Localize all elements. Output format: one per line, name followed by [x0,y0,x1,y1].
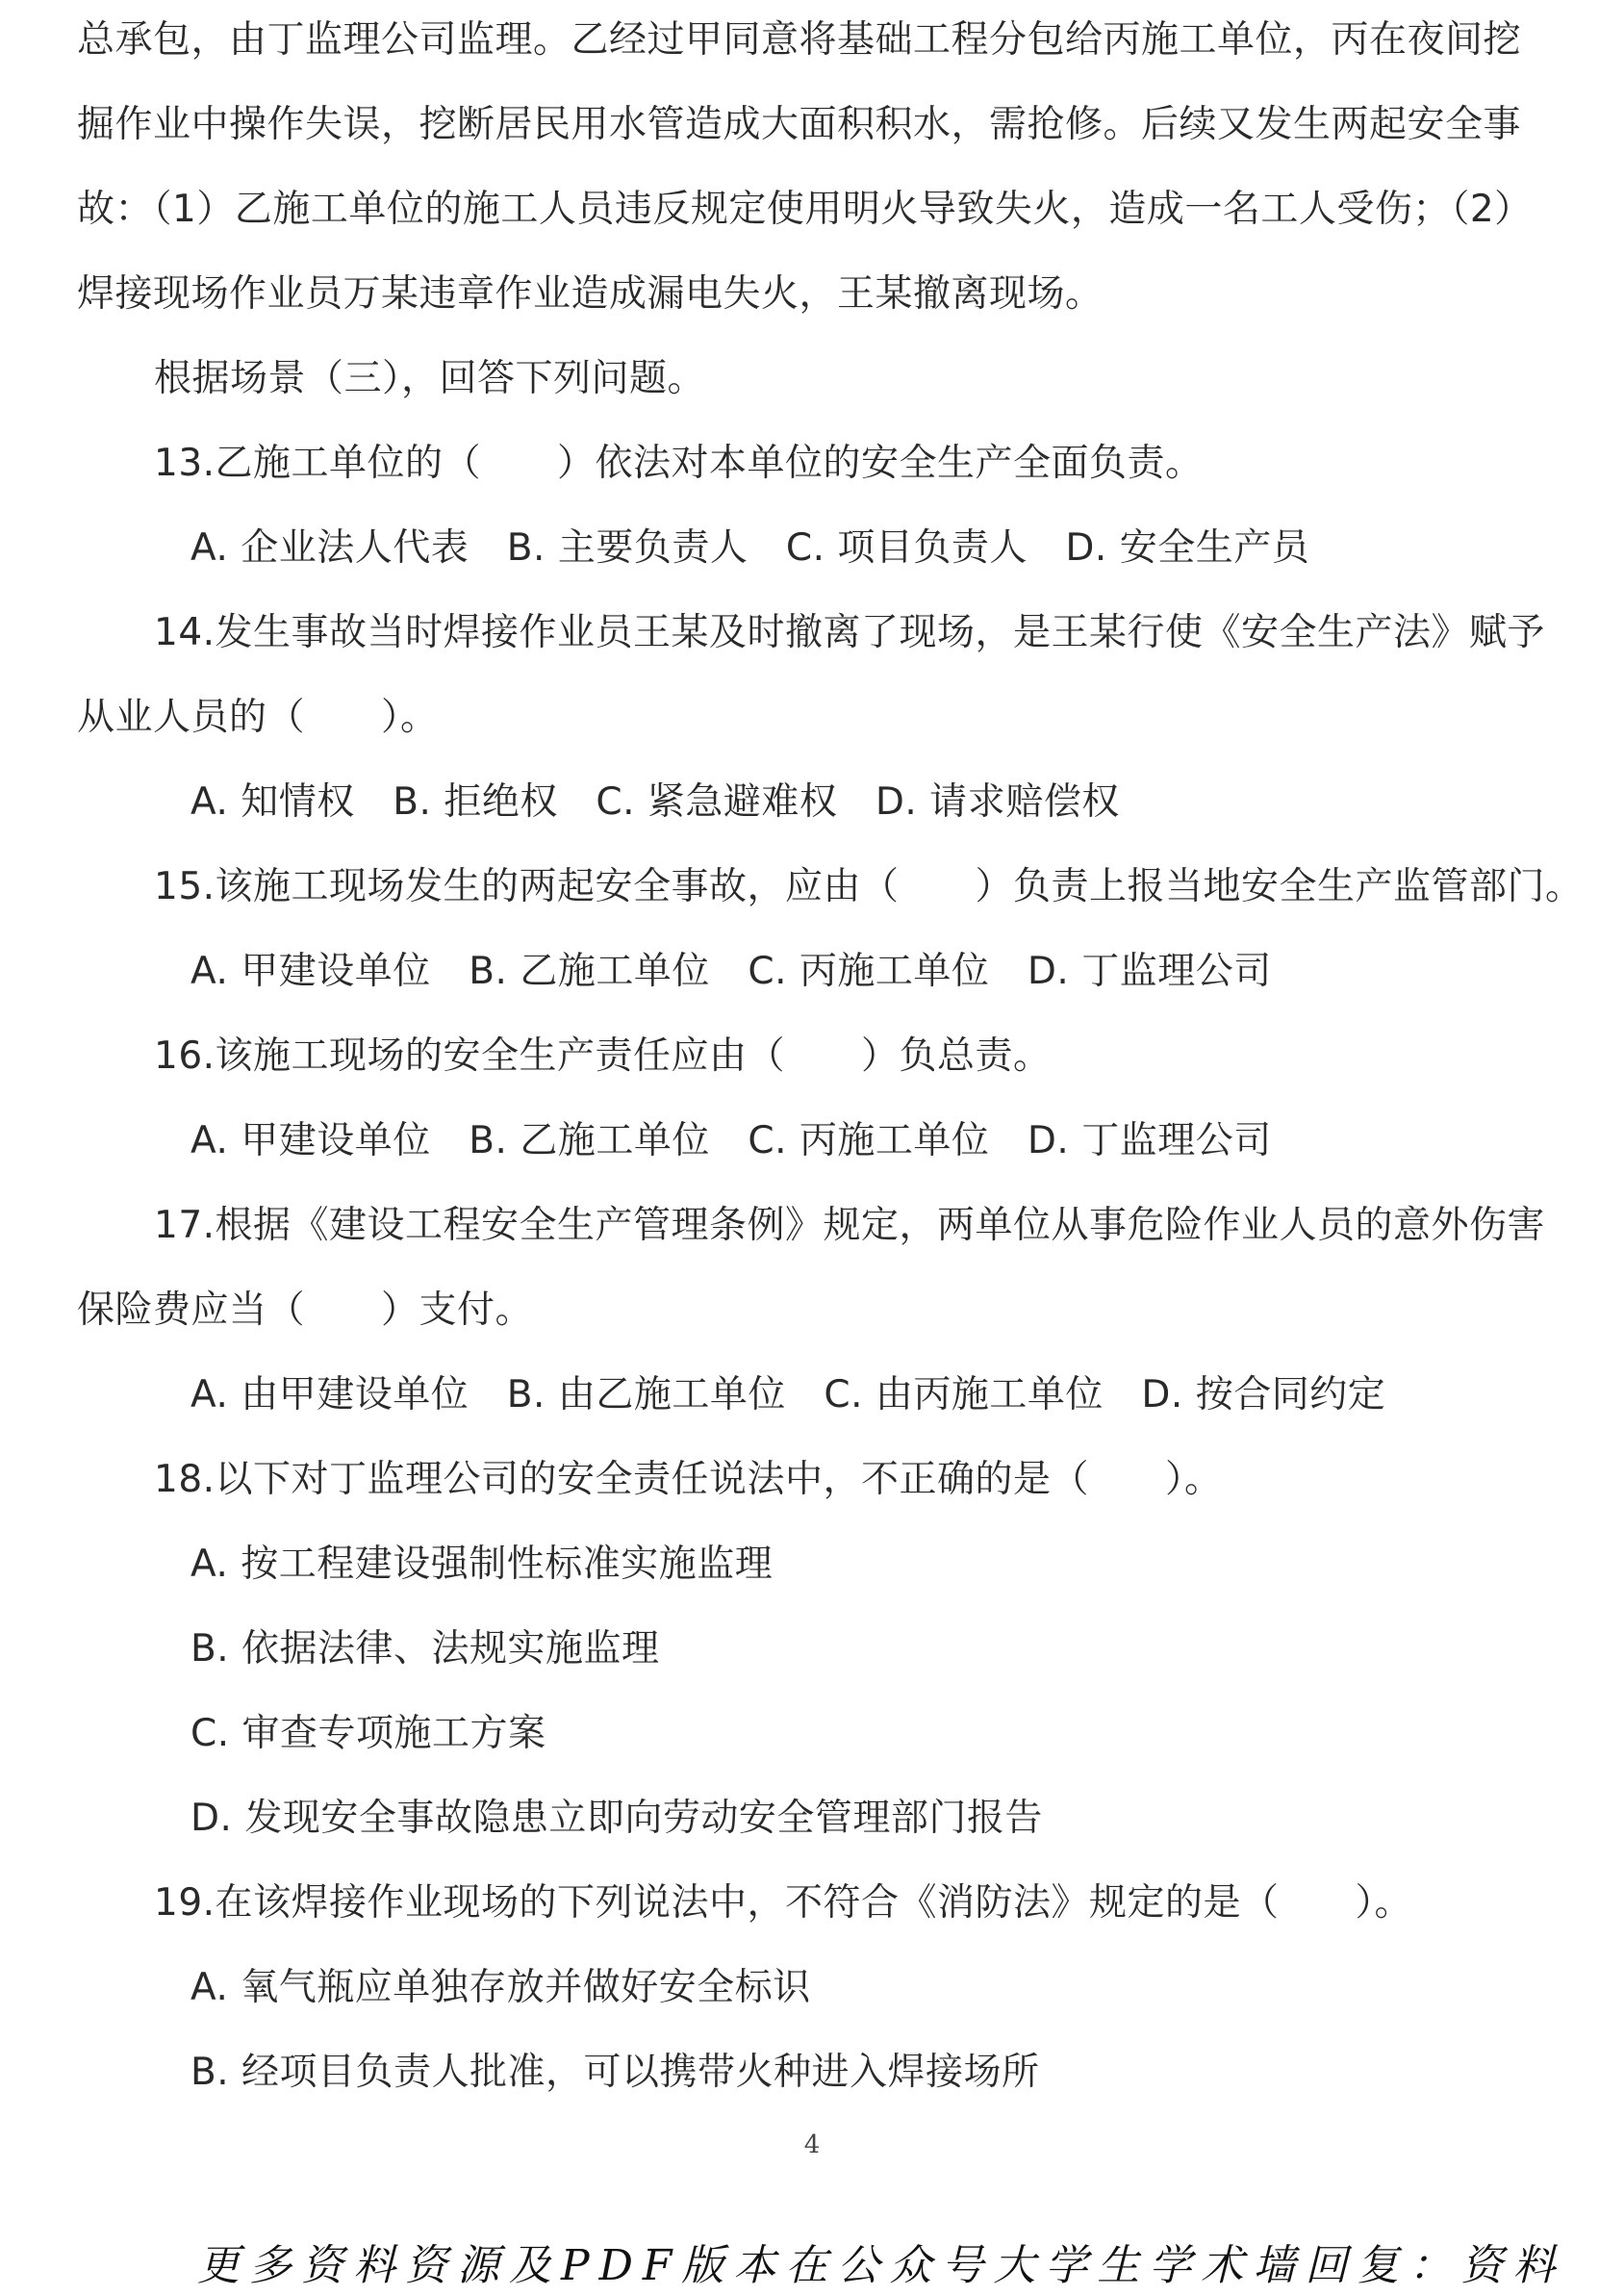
paragraph-line: 故：（1）乙施工单位的施工人员违反规定使用明火导致失火，造成一名工人受伤；（2） [77,187,1533,233]
question-13-options: A. 企业法人代表 B. 主要负责人 C. 项目负责人 D. 安全生产员 [190,525,1309,572]
question-17: 17.根据《建设工程安全生产管理条例》规定，两单位从事危险作业人员的意外伤害 [154,1203,1545,1249]
question-19: 19.在该焊接作业现场的下列说法中，不符合《消防法》规定的是（ ）。 [154,1880,1412,1926]
page-number: 4 [0,2130,1624,2159]
question-13: 13.乙施工单位的（ ）依法对本单位的安全生产全面负责。 [154,441,1204,487]
question-17-cont: 保险费应当（ ）支付。 [77,1288,533,1334]
question-16-options: A. 甲建设单位 B. 乙施工单位 C. 丙施工单位 D. 丁监理公司 [190,1118,1272,1164]
question-19-option-a: A. 氧气瓶应单独存放并做好安全标识 [190,1965,811,2011]
footer-promo: 更多资料资源及PDF版本在公众号大学生学术墙回复：资料 [197,2231,1564,2292]
question-15-options: A. 甲建设单位 B. 乙施工单位 C. 丙施工单位 D. 丁监理公司 [190,949,1272,995]
question-18-option-b: B. 依据法律、法规实施监理 [190,1626,660,1672]
question-18-option-d: D. 发现安全事故隐患立即向劳动安全管理部门报告 [190,1796,1043,1842]
question-18: 18.以下对丁监理公司的安全责任说法中，不正确的是（ ）。 [154,1457,1223,1503]
question-18-option-c: C. 审查专项施工方案 [190,1711,546,1757]
question-19-option-b: B. 经项目负责人批准，可以携带火种进入焊接场所 [190,2050,1040,2096]
paragraph-line: 焊接现场作业员万某违章作业造成漏电失火，王某撤离现场。 [77,271,1104,318]
question-15: 15.该施工现场发生的两起安全事故，应由（ ）负责上报当地安全生产监管部门。 [154,864,1584,910]
question-14-options: A. 知情权 B. 拒绝权 C. 紧急避难权 D. 请求赔偿权 [190,779,1120,826]
question-18-option-a: A. 按工程建设强制性标准实施监理 [190,1542,773,1588]
instruction: 根据场景（三），回答下列问题。 [154,356,705,402]
question-16: 16.该施工现场的安全生产责任应由（ ）负总责。 [154,1033,1052,1080]
question-17-options: A. 由甲建设单位 B. 由乙施工单位 C. 由丙施工单位 D. 按合同约定 [190,1372,1385,1418]
question-14: 14.发生事故当时焊接作业员王某及时撤离了现场，是王某行使《安全生产法》赋予 [154,610,1545,656]
paragraph-line: 总承包，由丁监理公司监理。乙经过甲同意将基础工程分包给丙施工单位，丙在夜间挖 [77,17,1521,64]
paragraph-line: 掘作业中操作失误，挖断居民用水管造成大面积积水，需抢修。后续又发生两起安全事 [77,102,1521,148]
question-14-cont: 从业人员的（ ）。 [77,695,439,741]
